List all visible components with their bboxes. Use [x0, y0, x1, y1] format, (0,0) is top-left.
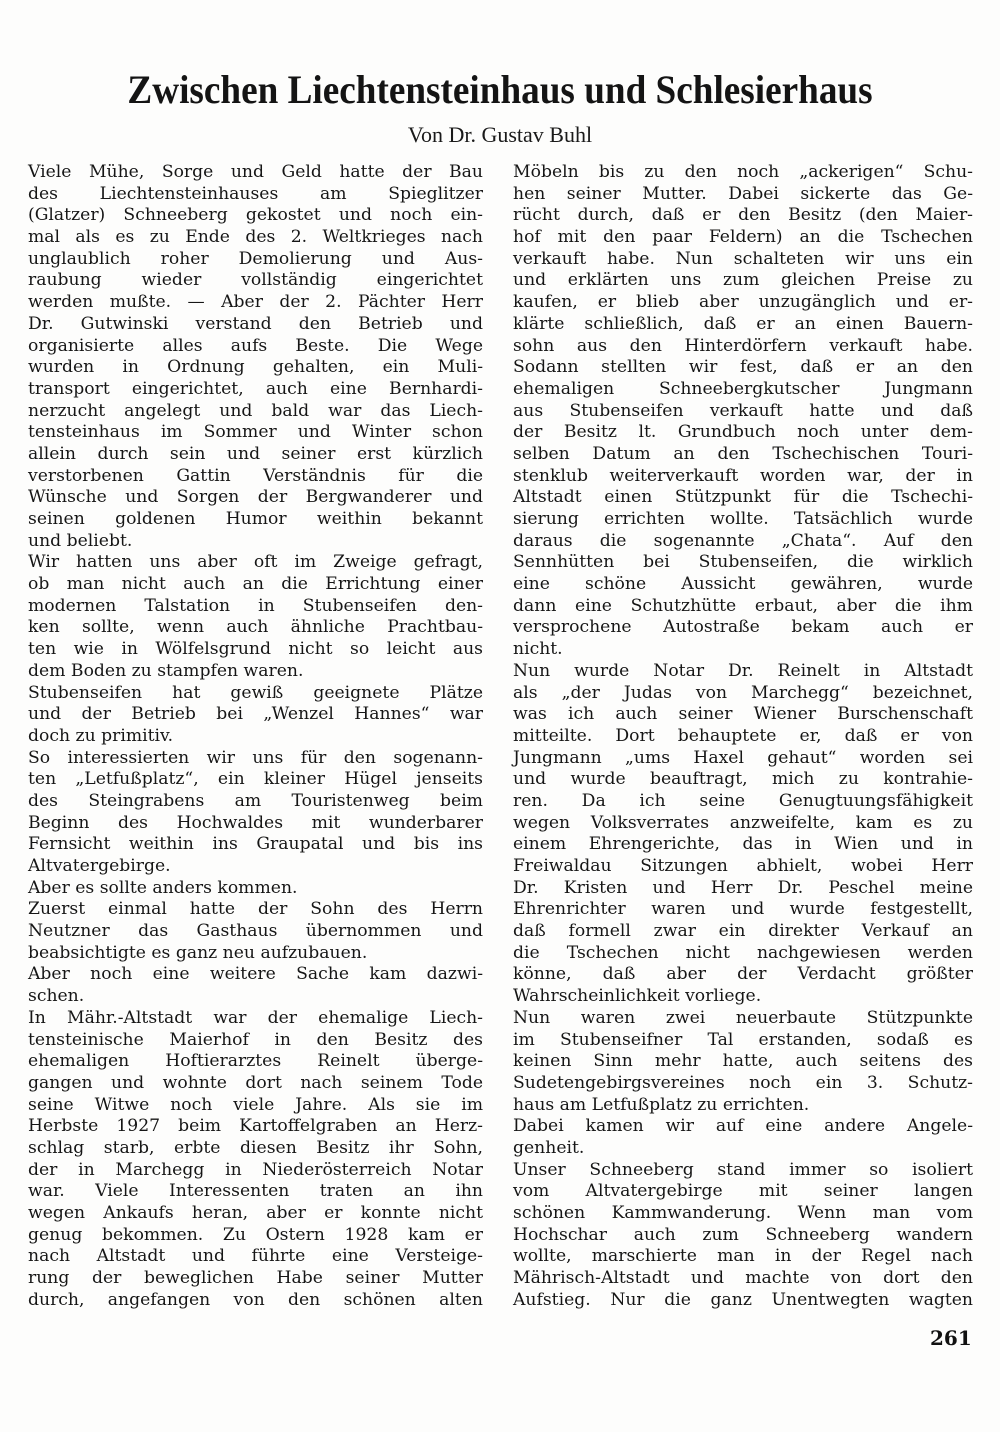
text-line: Sodann stellten wir fest, daß er an den — [513, 357, 973, 379]
text-line: dann eine Schutzhütte erbaut, aber die i… — [513, 596, 973, 618]
text-line: Jungmann „ums Haxel gehaut“ worden sei — [513, 748, 973, 770]
text-line: (Glatzer) Schneeberg gekostet und noch e… — [28, 205, 483, 227]
text-line: des Steingrabens am Touristenweg beim — [28, 791, 483, 813]
text-line: Wahrscheinlichkeit vorliege. — [513, 986, 973, 1008]
text-line: Wünsche und Sorgen der Bergwanderer und — [28, 487, 483, 509]
text-line: Viele Mühe, Sorge und Geld hatte der Bau — [28, 162, 483, 184]
text-line: ob man nicht auch an die Errichtung eine… — [28, 574, 483, 596]
text-line: werden mußte. — Aber der 2. Pächter Herr — [28, 292, 483, 314]
text-line: daraus die sogenannte „Chata“. Auf den — [513, 531, 973, 553]
text-line: Aufstieg. Nur die ganz Unentwegten wagte… — [513, 1290, 973, 1312]
text-line: seinen goldenen Humor weithin bekannt — [28, 509, 483, 531]
text-line: selben Datum an den Tschechischen Touri- — [513, 444, 973, 466]
text-line: allein durch sein und seiner erst kürzli… — [28, 444, 483, 466]
text-line: Nun wurde Notar Dr. Reinelt in Altstadt — [513, 661, 973, 683]
text-line: rung der beweglichen Habe seiner Mutter — [28, 1268, 483, 1290]
text-line: schlag starb, erbte diesen Besitz ihr So… — [28, 1138, 483, 1160]
text-line: Zuerst einmal hatte der Sohn des Herrn — [28, 899, 483, 921]
text-line: im Stubenseifner Tal erstanden, sodaß es — [513, 1030, 973, 1052]
text-line: Neutzner das Gasthaus übernommen und — [28, 921, 483, 943]
text-line: Altvatergebirge. — [28, 856, 483, 878]
text-line: seine Witwe noch viele Jahre. Als sie im — [28, 1095, 483, 1117]
text-line: ten „Letfußplatz“, ein kleiner Hügel jen… — [28, 769, 483, 791]
text-line: eine schöne Aussicht gewähren, wurde — [513, 574, 973, 596]
text-line: schen. — [28, 986, 483, 1008]
text-line: schönen Kammwanderung. Wenn man vom — [513, 1203, 973, 1225]
text-line: nach Altstadt und führte eine Versteige- — [28, 1246, 483, 1268]
text-line: verstorbenen Gattin Verständnis für die — [28, 466, 483, 488]
article-title: Zwischen Liechtensteinhaus und Schlesier… — [35, 66, 965, 114]
text-line: Wir hatten uns aber oft im Zweige gefrag… — [28, 552, 483, 574]
text-line: Dabei kamen wir auf eine andere Angele- — [513, 1116, 973, 1138]
text-line: sierung errichten wollte. Tatsächlich wu… — [513, 509, 973, 531]
text-line: Unser Schneeberg stand immer so isoliert — [513, 1160, 973, 1182]
text-line: und beliebt. — [28, 531, 483, 553]
text-line: der Besitz lt. Grundbuch noch unter dem- — [513, 422, 973, 444]
text-line: Sudetengebirgsvereines noch ein 3. Schut… — [513, 1073, 973, 1095]
text-line: einem Ehrengerichte, das in Wien und in — [513, 834, 973, 856]
text-line: ten wie in Wölfelsgrund nicht so leicht … — [28, 639, 483, 661]
text-column-right: Möbeln bis zu den noch „ackerigen“ Schu-… — [513, 162, 973, 1311]
text-line: Altstadt einen Stützpunkt für die Tschec… — [513, 487, 973, 509]
text-line: daß formell zwar ein direkter Verkauf an — [513, 921, 973, 943]
text-line: organisierte alles aufs Beste. Die Wege — [28, 336, 483, 358]
text-line: transport eingerichtet, auch eine Bernha… — [28, 379, 483, 401]
text-line: ken sollte, wenn auch ähnliche Prachtbau… — [28, 617, 483, 639]
text-line: Freiwaldau Sitzungen abhielt, wobei Herr — [513, 856, 973, 878]
text-line: wurden in Ordnung gehalten, ein Muli- — [28, 357, 483, 379]
document-page: Zwischen Liechtensteinhaus und Schlesier… — [0, 0, 1000, 1432]
text-line: Fernsicht weithin ins Graupatal und bis … — [28, 834, 483, 856]
text-line: gangen und wohnte dort nach seinem Tode — [28, 1073, 483, 1095]
text-line: vom Altvatergebirge mit seiner langen — [513, 1181, 973, 1203]
article-author: Von Dr. Gustav Buhl — [0, 122, 1000, 148]
text-line: kaufen, er blieb aber unzugänglich und e… — [513, 292, 973, 314]
text-line: Mährisch-Altstadt und machte von dort de… — [513, 1268, 973, 1290]
text-line: klärte schließlich, daß er an einen Baue… — [513, 314, 973, 336]
text-line: Nun waren zwei neuerbaute Stützpunkte — [513, 1008, 973, 1030]
text-line: dem Boden zu stampfen waren. — [28, 661, 483, 683]
text-line: Beginn des Hochwaldes mit wunderbarer — [28, 813, 483, 835]
text-line: wegen Volksverrates anzweifelte, kam es … — [513, 813, 973, 835]
text-line: nerzucht angelegt und bald war das Liech… — [28, 401, 483, 423]
text-line: genheit. — [513, 1138, 973, 1160]
text-line: Stubenseifen hat gewiß geeignete Plätze — [28, 683, 483, 705]
text-line: des Liechtensteinhauses am Spieglitzer — [28, 184, 483, 206]
text-line: und wurde beauftragt, mich zu kontrahie- — [513, 769, 973, 791]
text-line: war. Viele Interessenten traten an ihn — [28, 1181, 483, 1203]
text-line: In Mähr.-Altstadt war der ehemalige Liec… — [28, 1008, 483, 1030]
text-line: wollte, marschierte man in der Regel nac… — [513, 1246, 973, 1268]
text-line: Hochschar auch zum Schneeberg wandern — [513, 1225, 973, 1247]
page-number: 261 — [930, 1326, 972, 1350]
text-line: versprochene Autostraße bekam auch er — [513, 617, 973, 639]
text-line: rücht durch, daß er den Besitz (den Maie… — [513, 205, 973, 227]
text-line: So interessierten wir uns für den sogena… — [28, 748, 483, 770]
text-line: Aber es sollte anders kommen. — [28, 878, 483, 900]
text-line: beabsichtigte es ganz neu aufzubauen. — [28, 943, 483, 965]
text-line: stenklub weiterverkauft worden war, der … — [513, 466, 973, 488]
text-line: Ehrenrichter waren und wurde festgestell… — [513, 899, 973, 921]
text-line: mitteilte. Dort behauptete er, daß er vo… — [513, 726, 973, 748]
text-line: modernen Talstation in Stubenseifen den- — [28, 596, 483, 618]
text-line: Möbeln bis zu den noch „ackerigen“ Schu- — [513, 162, 973, 184]
text-line: und erklärten uns zum gleichen Preise zu — [513, 270, 973, 292]
text-line: ehemaligen Schneebergkutscher Jungmann — [513, 379, 973, 401]
text-line: und der Betrieb bei „Wenzel Hannes“ war — [28, 704, 483, 726]
text-line: raubung wieder vollständig eingerichtet — [28, 270, 483, 292]
text-line: tensteinische Maierhof in den Besitz des — [28, 1030, 483, 1052]
text-line: was ich auch seiner Wiener Burschenschaf… — [513, 704, 973, 726]
text-line: wegen Ankaufs heran, aber er konnte nich… — [28, 1203, 483, 1225]
text-line: Dr. Kristen und Herr Dr. Peschel meine — [513, 878, 973, 900]
text-line: ehemaligen Hoftierarztes Reinelt überge- — [28, 1051, 483, 1073]
text-line: genug bekommen. Zu Ostern 1928 kam er — [28, 1225, 483, 1247]
text-line: Sennhütten bei Stubenseifen, die wirklic… — [513, 552, 973, 574]
text-line: haus am Letfußplatz zu errichten. — [513, 1095, 973, 1117]
text-line: doch zu primitiv. — [28, 726, 483, 748]
text-line: ren. Da ich seine Genugtuungsfähigkeit — [513, 791, 973, 813]
text-line: Aber noch eine weitere Sache kam dazwi- — [28, 964, 483, 986]
text-line: verkauft habe. Nun schalteten wir uns ei… — [513, 249, 973, 271]
text-line: könne, daß aber der Verdacht größter — [513, 964, 973, 986]
text-line: nicht. — [513, 639, 973, 661]
text-line: keinen Sinn mehr hatte, auch seitens des — [513, 1051, 973, 1073]
text-line: als „der Judas von Marchegg“ bezeichnet, — [513, 683, 973, 705]
text-line: aus Stubenseifen verkauft hatte und daß — [513, 401, 973, 423]
text-line: sohn aus den Hinterdörfern verkauft habe… — [513, 336, 973, 358]
text-line: der in Marchegg in Niederösterreich Nota… — [28, 1160, 483, 1182]
text-line: durch, angefangen von den schönen alten — [28, 1290, 483, 1312]
text-line: unglaublich roher Demolierung und Aus- — [28, 249, 483, 271]
text-column-left: Viele Mühe, Sorge und Geld hatte der Bau… — [28, 162, 483, 1311]
text-line: mal als es zu Ende des 2. Weltkrieges na… — [28, 227, 483, 249]
text-line: Dr. Gutwinski verstand den Betrieb und — [28, 314, 483, 336]
text-line: Herbste 1927 beim Kartoffelgraben an Her… — [28, 1116, 483, 1138]
text-line: hen seiner Mutter. Dabei sickerte das Ge… — [513, 184, 973, 206]
text-line: hof mit den paar Feldern) an die Tschech… — [513, 227, 973, 249]
text-line: tensteinhaus im Sommer und Winter schon — [28, 422, 483, 444]
text-line: die Tschechen nicht nachgewiesen werden — [513, 943, 973, 965]
